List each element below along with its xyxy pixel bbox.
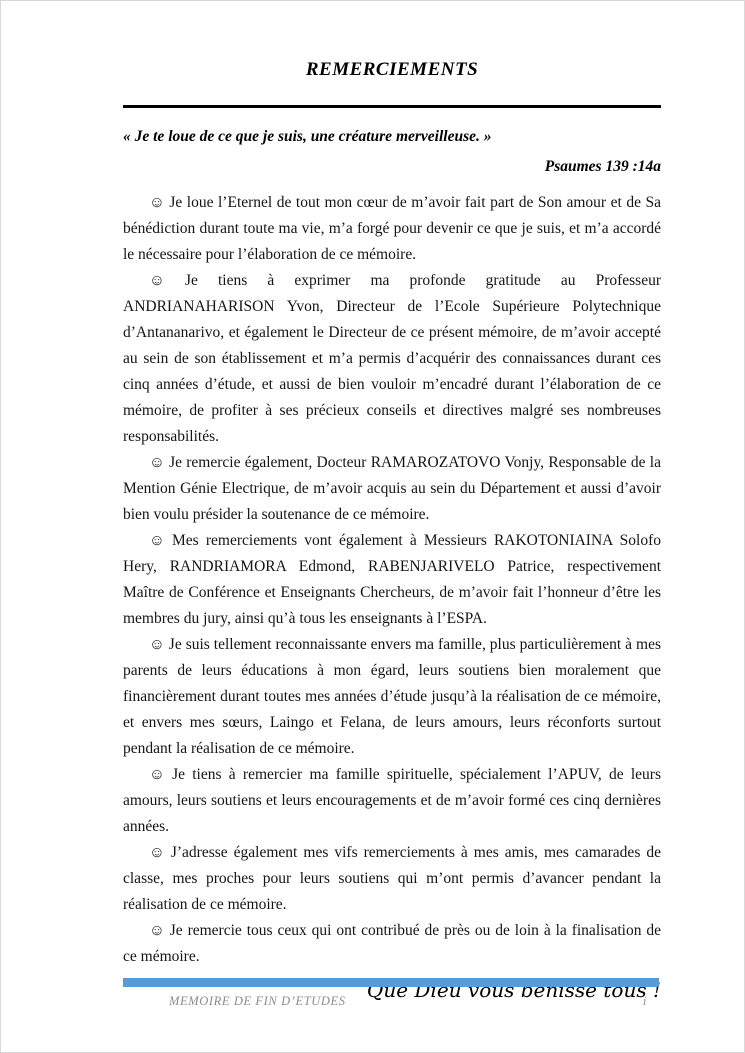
paragraph-2: ☺ Je tiens à exprimer ma profonde gratit… [123,268,661,450]
footer-label: MEMOIRE DE FIN D’ETUDES [169,994,346,1009]
paragraph-4: ☺ Mes remerciements vont également à Mes… [123,528,661,632]
paragraph-3: ☺ Je remercie également, Docteur RAMAROZ… [123,450,661,528]
footer-accent-bar [123,978,659,987]
acknowledgments-body: ☺ Je loue l’Eternel de tout mon cœur de … [123,190,661,970]
paragraph-5: ☺ Je suis tellement reconnaissante enver… [123,632,661,762]
paragraph-7: ☺ J’adresse également mes vifs remerciem… [123,840,661,918]
paragraph-6: ☺ Je tiens à remercier ma famille spirit… [123,762,661,840]
page-content: REMERCIEMENTS « Je te loue de ce que je … [123,1,661,1002]
paragraph-1: ☺ Je loue l’Eternel de tout mon cœur de … [123,190,661,268]
footer-row: MEMOIRE DE FIN D’ETUDES i [123,994,659,1009]
page-number: i [643,994,647,1009]
page-title: REMERCIEMENTS [123,59,661,81]
epigraph-reference: Psaumes 139 :14a [123,158,661,176]
paragraph-8: ☺ Je remercie tous ceux qui ont contribu… [123,918,661,970]
title-rule [123,105,661,108]
document-page: REMERCIEMENTS « Je te loue de ce que je … [0,0,745,1053]
page-footer: MEMOIRE DE FIN D’ETUDES i [123,978,659,1009]
epigraph-quote: « Je te loue de ce que je suis, une créa… [123,128,661,146]
